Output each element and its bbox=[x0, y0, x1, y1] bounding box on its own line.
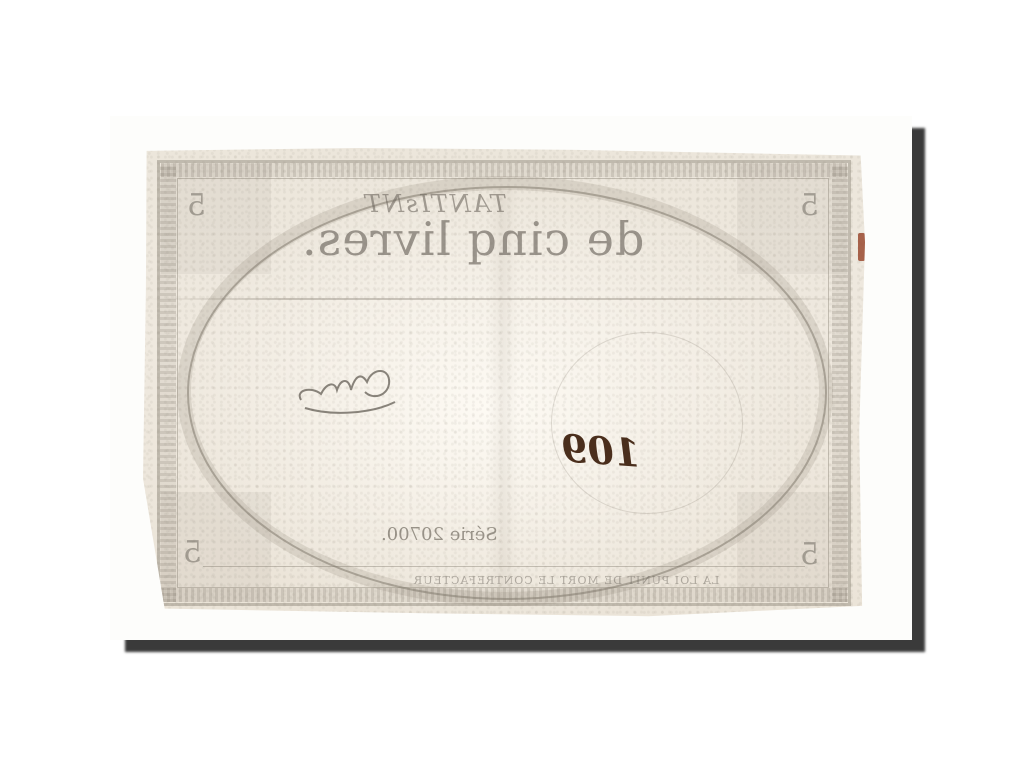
bottom-border-text: LA LOI PUNIT DE MORT LE CONTREFACTEUR bbox=[413, 574, 719, 587]
rust-stain bbox=[858, 233, 865, 261]
banknote: 5 5 5 5 TANTIsNT de cinq livres. 109 Sér… bbox=[143, 148, 865, 620]
serial-text: Série 20700. bbox=[381, 524, 498, 545]
photo-stage: 5 5 5 5 TANTIsNT de cinq livres. 109 Sér… bbox=[0, 0, 1024, 768]
bottom-rule bbox=[203, 566, 805, 567]
handwritten-number: 109 bbox=[560, 425, 642, 475]
corner-numeral-top-right: 5 bbox=[800, 188, 819, 223]
signature-icon bbox=[291, 356, 401, 416]
dry-seal-medallion bbox=[551, 332, 743, 514]
corner-numeral-top-left: 5 bbox=[187, 188, 206, 223]
corner-numeral-bottom-left: 5 bbox=[183, 535, 202, 570]
heading-denomination: de cinq livres. bbox=[301, 212, 644, 266]
